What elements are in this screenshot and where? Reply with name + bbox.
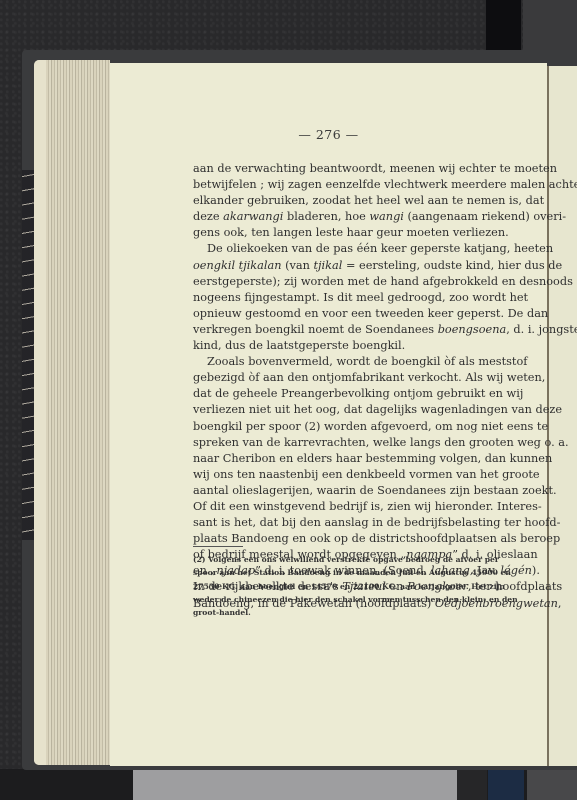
text-line: gebezigd òf aan den ontjomfabrikant verk… xyxy=(193,370,443,386)
text-line: sant is het, dat bij den aanslag in de b… xyxy=(193,515,443,531)
text-line: dat de geheele Preangerbevolking ontjom … xyxy=(193,386,443,402)
text-line: betwijfelen ; wij zagen eenzelfde vlecht… xyxy=(193,177,443,193)
text-line: aan de verwachting beantwoordt, meenen w… xyxy=(193,161,443,177)
book-page: — 276 — aan de verwachting beantwoordt, … xyxy=(110,63,547,766)
text-line: verkregen boengkil noemt de Soendanees b… xyxy=(193,322,443,338)
footnote-divider xyxy=(193,546,243,547)
footnote-line: spoor aan het Station Bandoeng in de maa… xyxy=(193,566,444,579)
text-line: deze akarwangi bladeren, hoe wangi (aang… xyxy=(193,209,443,225)
footnote-line: groot-handel. xyxy=(193,606,444,619)
text-line: wij ons ten naastenbij een denkbeeld vor… xyxy=(193,467,443,483)
footnote-line: weder de chineezen die hier den schakel … xyxy=(193,593,444,606)
text-line: elkander gebruiken, zoodat het heel wel … xyxy=(193,193,443,209)
text-line: boengkil per spoor (2) worden afgevoerd,… xyxy=(193,419,443,435)
marbled-spine-edge xyxy=(22,170,34,540)
text-line: verliezen niet uit het oog, dat dagelijk… xyxy=(193,402,443,418)
text-line: nogeens fijngestampt. Is dit meel gedroo… xyxy=(193,290,443,306)
text-line: eerstgeperste); zij worden met de hand a… xyxy=(193,274,443,290)
text-line: spreken van de karrevrachten, welke lang… xyxy=(193,435,443,451)
text-line: Of dit een winstgevend bedrijf is, zien … xyxy=(193,499,443,515)
bottom-gray-panel-2 xyxy=(527,769,577,800)
bottom-gray-panel xyxy=(133,769,457,800)
text-line: gens ook, ten langen leste haar geur moe… xyxy=(193,225,443,241)
text-line: Zooals bovenvermeld, wordt de boengkil ò… xyxy=(193,354,443,370)
text-line: oengkil tjikalan (van tjikal = eerstelin… xyxy=(193,258,443,274)
text-line: kind, dus de laatstgeperste boengkil. xyxy=(193,338,443,354)
footnote: (2) Volgens een ons welwillend verstrekt… xyxy=(193,553,444,619)
body-text: aan de verwachting beantwoordt, meenen w… xyxy=(193,161,443,612)
page-stack-edge xyxy=(34,60,46,765)
page-number: — 276 — xyxy=(110,127,547,142)
bottom-blue-panel xyxy=(488,769,524,800)
text-line: De oliekoeken van de pas één keer gepers… xyxy=(193,241,443,257)
text-line: opnieuw gestoomd en voor een tweeden kee… xyxy=(193,306,443,322)
text-line: plaats Bandoeng en ook op de districtsho… xyxy=(193,531,443,547)
bottom-dark-panel xyxy=(457,769,487,800)
footnote-line: 27530 KG. aan boengkil en 14570 en 22100… xyxy=(193,580,444,593)
footnote-line: (2) Volgens een ons welwillend verstrekt… xyxy=(193,553,444,566)
text-line: aantal olieslagerijen, waarin de Soendan… xyxy=(193,483,443,499)
text-line: naar Cheribon en elders haar bestemming … xyxy=(193,451,443,467)
